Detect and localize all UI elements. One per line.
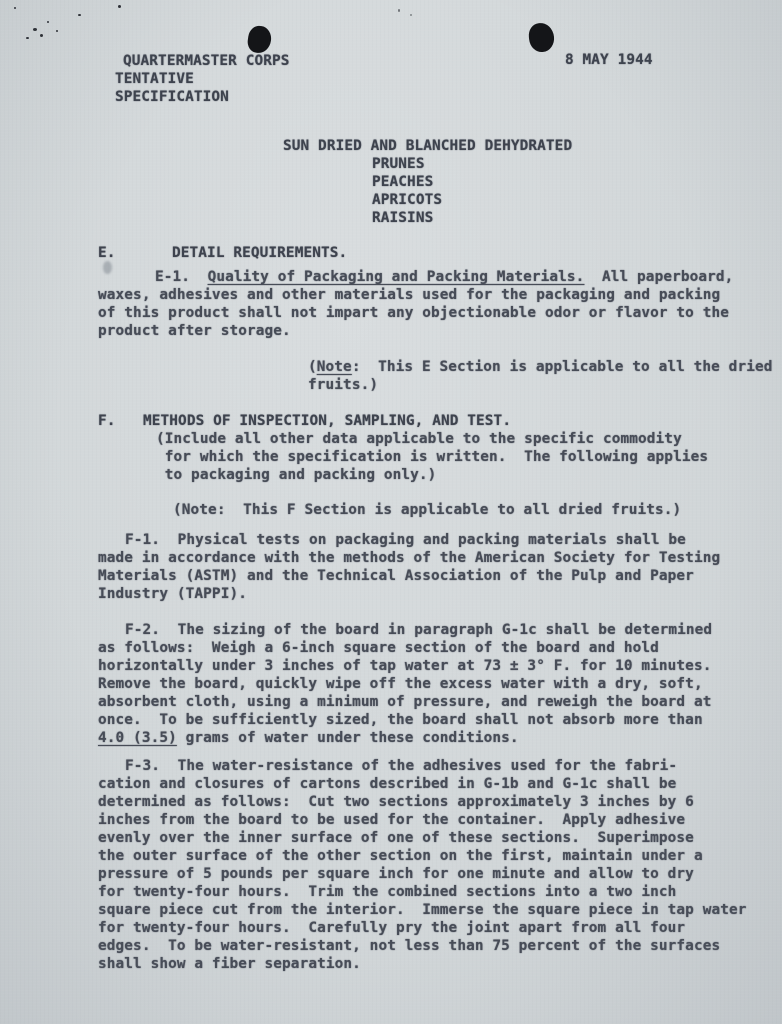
ink-speck	[56, 30, 58, 32]
paragraph-f2: F-2. The sizing of the board in paragrap…	[98, 621, 770, 747]
title-item: APRICOTS	[372, 191, 442, 209]
scanned-document-page: QUARTERMASTER CORPS TENTATIVE SPECIFICAT…	[0, 0, 782, 1024]
header-agency-block: QUARTERMASTER CORPS TENTATIVE SPECIFICAT…	[115, 52, 290, 106]
note-word: Note	[317, 359, 352, 375]
section-f-heading-note: (Include all other data applicable to th…	[156, 430, 756, 484]
paragraph-f3: F-3. The water-resistance of the adhesiv…	[98, 757, 778, 973]
ink-speck	[26, 37, 29, 39]
ink-speck	[47, 21, 49, 23]
section-e-note: (Note: This E Section is applicable to a…	[308, 358, 782, 394]
ink-speck	[118, 5, 121, 8]
paragraph-e1-number: E-1.	[155, 269, 208, 285]
title-item: RAISINS	[372, 209, 442, 227]
ink-speck	[410, 14, 412, 16]
header-date: 8 MAY 1944	[565, 51, 653, 69]
ink-blot	[246, 25, 273, 55]
section-f-letter: F.	[98, 412, 116, 430]
section-f-note: (Note: This F Section is applicable to a…	[173, 501, 681, 519]
title-item: PRUNES	[372, 155, 442, 173]
paragraph-e1: E-1. Quality of Packaging and Packing Ma…	[98, 268, 770, 340]
ink-speck	[78, 14, 81, 16]
paragraph-f1: F-1. Physical tests on packaging and pac…	[98, 531, 770, 603]
ink-blot	[528, 22, 556, 53]
ink-speck	[398, 9, 400, 12]
title-item: PEACHES	[372, 173, 442, 191]
document-title-items: PRUNESPEACHESAPRICOTSRAISINS	[372, 155, 442, 227]
paragraph-f2-tail: grams of water under these conditions.	[177, 730, 519, 746]
section-f-heading: METHODS OF INSPECTION, SAMPLING, AND TES…	[143, 412, 511, 430]
ink-speck	[40, 34, 43, 37]
paragraph-f2-limit-value: 4.0 (3.5)	[98, 730, 177, 746]
ink-speck	[33, 28, 37, 31]
section-e-letter: E.	[98, 244, 116, 262]
paragraph-f2-body: F-2. The sizing of the board in paragrap…	[98, 622, 712, 728]
ink-speck	[14, 7, 16, 9]
document-title: SUN DRIED AND BLANCHED DEHYDRATED	[283, 137, 572, 155]
paragraph-e1-heading: Quality of Packaging and Packing Materia…	[208, 269, 585, 285]
note-open-paren: (	[308, 359, 317, 375]
note-text: : This E Section is applicable to all th…	[308, 359, 781, 393]
section-e-heading: DETAIL REQUIREMENTS.	[172, 244, 347, 262]
